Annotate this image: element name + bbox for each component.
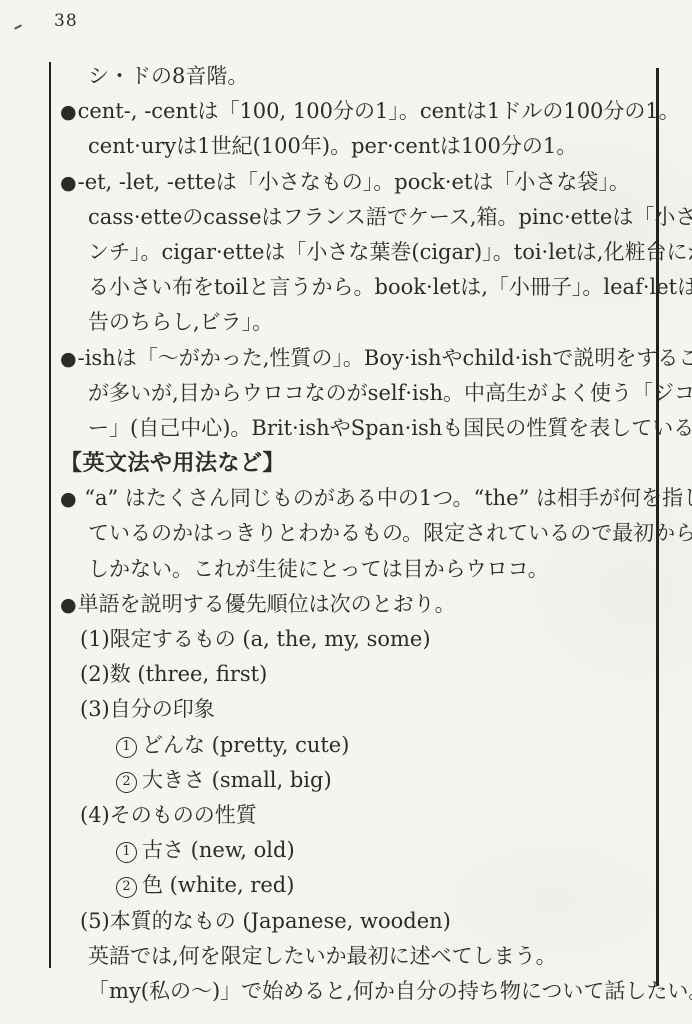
- text-line: cent·uryは1世紀(100年)。per·centは100分の1。: [60, 129, 662, 164]
- list-item: (5)本質的なもの (Japanese, wooden): [60, 904, 662, 939]
- text-line: しかない。これが生徒にとっては目からウロコ。: [60, 552, 662, 587]
- line-text: しかない。これが生徒にとっては目からウロコ。: [88, 557, 549, 581]
- sub-list-item: 2色 (white, red): [60, 868, 662, 903]
- bullet-line: ●-et, -let, -etteは「小さなもの」。pock·etは「小さな袋」…: [60, 165, 662, 200]
- list-item: (1)限定するもの (a, the, my, some): [60, 622, 662, 657]
- text-line: 「my(私の〜)」で始めると,何か自分の持ち物について話したい。: [60, 974, 662, 1009]
- line-text: シ・ドの8音階。: [88, 64, 248, 88]
- circled-number-icon: 2: [116, 772, 137, 793]
- text-line: cass·etteのcasseはフランス語でケース,箱。pinc·etteは「小…: [60, 200, 662, 235]
- line-text: ているのかはっきりとわかるもの。限定されているので最初から1つ: [88, 521, 692, 545]
- line-text: 「my(私の〜)」で始めると,何か自分の持ち物について話したい。: [88, 979, 692, 1003]
- bullet-line: ●cent-, -centは「100, 100分の1」。centは1ドルの100…: [60, 94, 662, 129]
- sub-list-item: 1どんな (pretty, cute): [60, 728, 662, 763]
- line-text: 色 (white, red): [142, 873, 294, 897]
- line-text: cent·uryは1世紀(100年)。per·centは100分の1。: [88, 134, 577, 158]
- line-text: -ishは「〜がかった,性質の」。Boy·ishやchild·ishで説明をする…: [78, 346, 692, 370]
- text-line: 告のちらし,ビラ」。: [60, 305, 662, 340]
- line-text: 英語では,何を限定したいか最初に述べてしまう。: [88, 944, 557, 968]
- list-item: (4)そのものの性質: [60, 798, 662, 833]
- line-text: 告のちらし,ビラ」。: [88, 310, 273, 334]
- list-item: (3)自分の印象: [60, 692, 662, 727]
- book-page: 38 シ・ドの8音階。 ●cent-, -centは「100, 100分の1」。…: [0, 0, 692, 1024]
- line-text: が多いが,目からウロコなのがself·ish。中高生がよく使う「ジコチュ: [88, 381, 692, 405]
- text-line: ンチ」。cigar·etteは「小さな葉巻(cigar)」。toi·letは,化…: [60, 235, 662, 270]
- sub-list-item: 2大きさ (small, big): [60, 763, 662, 798]
- page-number: 38: [54, 11, 78, 31]
- scan-speck: [14, 24, 22, 30]
- circled-number-icon: 1: [116, 737, 137, 758]
- bullet-line: ●単語を説明する優先順位は次のとおり。: [60, 587, 662, 622]
- section-heading: 【英文法や用法など】: [60, 446, 662, 481]
- line-text: どんな (pretty, cute): [142, 733, 349, 757]
- text-block: シ・ドの8音階。 ●cent-, -centは「100, 100分の1」。cen…: [60, 59, 662, 1009]
- circled-number-icon: 1: [116, 842, 137, 863]
- text-line: ー」(自己中心)。Brit·ishやSpan·ishも国民の性質を表している。: [60, 411, 662, 446]
- line-text: (3)自分の印象: [80, 697, 215, 721]
- line-text: 古さ (new, old): [142, 838, 295, 862]
- text-line: が多いが,目からウロコなのがself·ish。中高生がよく使う「ジコチュ: [60, 376, 662, 411]
- bullet-icon: ●: [60, 348, 77, 370]
- list-item: (2)数 (three, first): [60, 657, 662, 692]
- text-line: 英語では,何を限定したいか最初に述べてしまう。: [60, 939, 662, 974]
- line-text: cass·etteのcasseはフランス語でケース,箱。pinc·etteは「小…: [88, 205, 692, 229]
- text-line: る小さい布をtoilと言うから。book·letは,「小冊子」。leaf·let…: [60, 270, 662, 305]
- line-text: (2)数 (three, first): [80, 662, 267, 686]
- line-text: ンチ」。cigar·etteは「小さな葉巻(cigar)」。toi·letは,化…: [88, 240, 692, 264]
- heading-text: 【英文法や用法など】: [60, 451, 285, 476]
- line-text: 単語を説明する優先順位は次のとおり。: [78, 592, 456, 616]
- text-line: シ・ドの8音階。: [60, 59, 662, 94]
- line-text: ー」(自己中心)。Brit·ishやSpan·ishも国民の性質を表している。: [88, 416, 692, 440]
- line-text: (5)本質的なもの (Japanese, wooden): [80, 909, 451, 933]
- bullet-line: ● “a” はたくさん同じものがある中の1つ。“the” は相手が何を指し: [60, 481, 662, 516]
- bullet-icon: ●: [60, 101, 77, 123]
- line-text: (4)そのものの性質: [80, 803, 257, 827]
- left-margin-rule: [49, 62, 51, 968]
- line-text: -et, -let, -etteは「小さなもの」。pock·etは「小さな袋」。: [78, 170, 630, 194]
- line-text: (1)限定するもの (a, the, my, some): [80, 627, 431, 651]
- line-text: る小さい布をtoilと言うから。book·letは,「小冊子」。leaf·let…: [88, 275, 692, 299]
- bullet-icon: ●: [60, 488, 77, 510]
- line-text: “a” はたくさん同じものがある中の1つ。“the” は相手が何を指し: [78, 486, 692, 510]
- line-text: cent-, -centは「100, 100分の1」。centは1ドルの100分…: [78, 99, 680, 123]
- sub-list-item: 1古さ (new, old): [60, 833, 662, 868]
- bullet-icon: ●: [60, 172, 77, 194]
- text-line: ているのかはっきりとわかるもの。限定されているので最初から1つ: [60, 516, 662, 551]
- line-text: 大きさ (small, big): [142, 768, 332, 792]
- circled-number-icon: 2: [116, 877, 137, 898]
- bullet-icon: ●: [60, 594, 77, 616]
- bullet-line: ●-ishは「〜がかった,性質の」。Boy·ishやchild·ishで説明をす…: [60, 341, 662, 376]
